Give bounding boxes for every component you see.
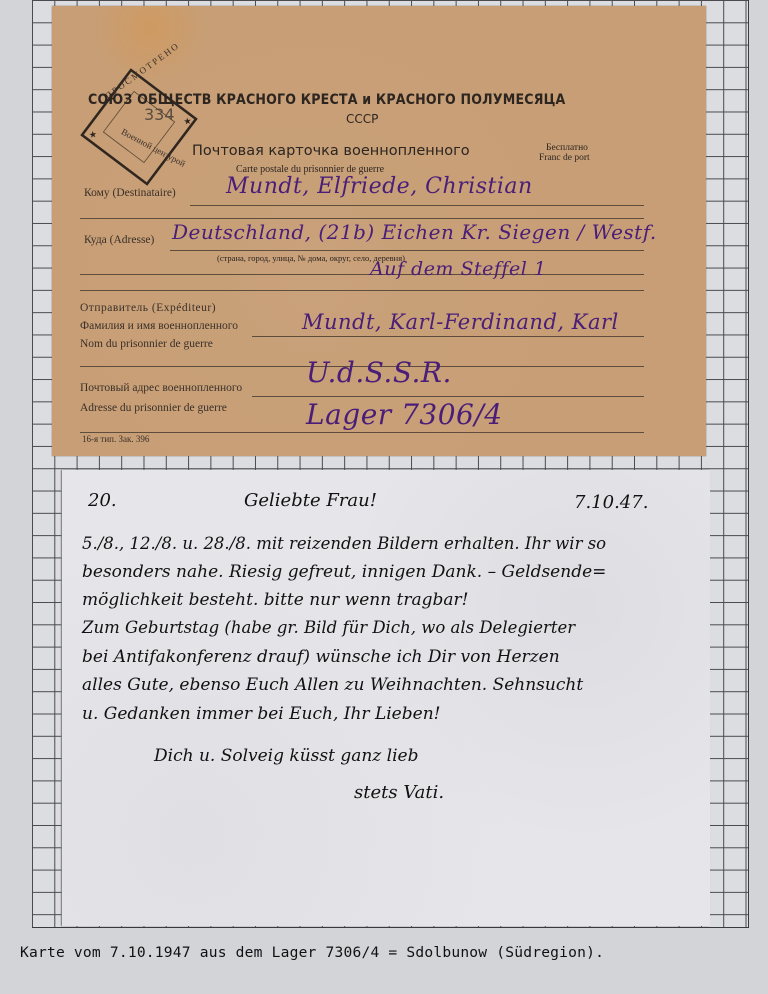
postcard-back-letter: 20. Geliebte Frau! 7.10.47. 5./8., 12./8… [62, 470, 710, 926]
postcard-front: ★ ★ 334 ПРОСМОТРЕНО Военной цензурой СОЮ… [52, 6, 706, 456]
letter-line: möglichkeit besteht. bitte nur wenn trag… [82, 590, 469, 610]
svg-text:★: ★ [88, 129, 98, 140]
print-mark: 16-я тип. Зак. 396 [82, 434, 149, 444]
label-sender: Отправитель (Expéditeur) [80, 302, 216, 314]
header-society: СОЮЗ ОБЩЕСТВ КРАСНОГО КРЕСТА и КРАСНОГО … [88, 92, 565, 108]
handwritten-sender-name: Mundt, Karl-Ferdinand, Karl [302, 310, 619, 334]
handwritten-postal-line1: U.d.S.S.R. [306, 356, 452, 389]
label-address: Куда (Adresse) [84, 234, 154, 246]
label-sender-name-fr: Nom du prisonnier de guerre [80, 338, 213, 350]
letter-date: 7.10.47. [574, 492, 648, 513]
handwritten-recipient: Mundt, Elfriede, Christian [226, 174, 533, 199]
letter-line: u. Gedanken immer bei Euch, Ihr Lieben! [82, 704, 440, 724]
letter-line: alles Gute, ebenso Euch Allen zu Weihnac… [82, 675, 583, 695]
censor-stamp: ★ ★ [80, 68, 198, 186]
letter-signature: stets Vati. [354, 782, 444, 803]
label-sender-name-ru: Фамилия и имя военнопленного [80, 320, 238, 332]
handwritten-address-line2: Auf dem Steffel 1 [370, 258, 546, 280]
card-title-ru: Почтовая карточка военнопленного [192, 143, 470, 159]
free-postage-fr: Franc de port [539, 153, 590, 163]
handwritten-postal-line2: Lager 7306/4 [306, 398, 503, 431]
letter-line: 5./8., 12./8. u. 28./8. mit reizenden Bi… [82, 534, 606, 553]
label-postal-fr: Adresse du prisonnier de guerre [80, 402, 227, 414]
letter-line: bei Antifakonferenz drauf) wünsche ich D… [82, 647, 560, 667]
letter-salutation: Geliebte Frau! [244, 490, 377, 511]
free-postage-ru: Бесплатно [546, 143, 588, 153]
label-postal-ru: Почтовый адрес военнопленного [80, 382, 242, 394]
letter-line: Zum Geburtstag (habe gr. Bild für Dich, … [82, 618, 575, 637]
header-ussr: СССР [346, 112, 378, 126]
svg-text:★: ★ [183, 116, 193, 127]
album-caption: Karte vom 7.10.1947 aus dem Lager 7306/4… [20, 944, 604, 961]
label-recipient: Кому (Destinataire) [84, 187, 176, 199]
letter-line: besonders nahe. Riesig gefreut, innigen … [82, 562, 606, 582]
handwritten-address-line1: Deutschland, (21b) Eichen Kr. Siegen / W… [172, 220, 657, 244]
letter-closing: Dich u. Solveig küsst ganz lieb [154, 746, 418, 766]
letter-number: 20. [88, 490, 117, 511]
